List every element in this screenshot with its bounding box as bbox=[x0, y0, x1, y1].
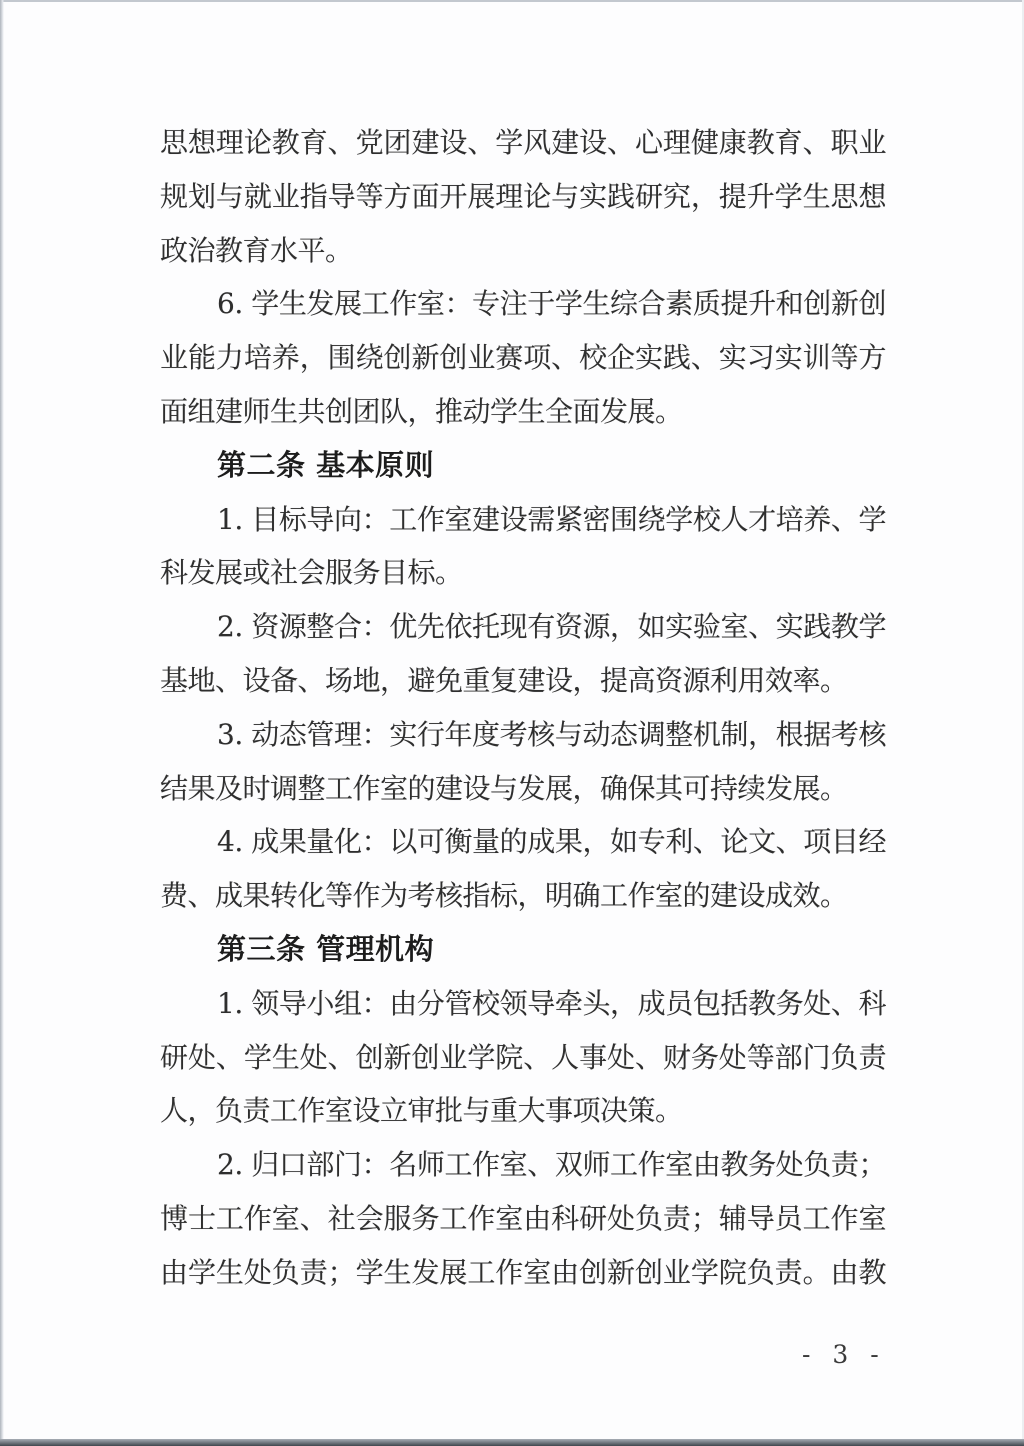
text-line-item-6-student-development: 6. 学生发展工作室：专注于学生综合素质提升和创新创 bbox=[160, 277, 886, 331]
text-line-item-3-dynamic-management: 3. 动态管理：实行年度考核与动态调整机制，根据考核 bbox=[160, 708, 886, 762]
text-line: 人，负责工作室设立审批与重大事项决策。 bbox=[160, 1084, 886, 1138]
page-number: - 3 - bbox=[802, 1340, 886, 1370]
text-line-item-1-goal-orientation: 1. 目标导向：工作室建设需紧密围绕学校人才培养、学 bbox=[160, 493, 886, 547]
document-body: 思想理论教育、党团建设、学风建设、心理健康教育、职业 规划与就业指导等方面开展理… bbox=[160, 116, 886, 1300]
text-line: 结果及时调整工作室的建设与发展，确保其可持续发展。 bbox=[160, 762, 886, 816]
text-line: 由学生处负责；学生发展工作室由创新创业学院负责。由教 bbox=[160, 1246, 886, 1300]
text-line: 业能力培养，围绕创新创业赛项、校企实践、实习实训等方 bbox=[160, 331, 886, 385]
text-line-item-1-leading-group: 1. 领导小组：由分管校领导牵头，成员包括教务处、科 bbox=[160, 977, 886, 1031]
text-line-item-2-responsible-departments: 2. 归口部门：名师工作室、双师工作室由教务处负责； bbox=[160, 1138, 886, 1192]
text-line: 基地、设备、场地，避免重复建设，提高资源利用效率。 bbox=[160, 654, 886, 708]
scanned-document-page: 思想理论教育、党团建设、学风建设、心理健康教育、职业 规划与就业指导等方面开展理… bbox=[0, 0, 1024, 1446]
scan-edge-bottom bbox=[0, 1439, 1024, 1446]
text-line: 面组建师生共创团队，推动学生全面发展。 bbox=[160, 385, 886, 439]
text-line-item-2-resource-integration: 2. 资源整合：优先依托现有资源，如实验室、实践教学 bbox=[160, 600, 886, 654]
text-line: 政治教育水平。 bbox=[160, 224, 886, 278]
text-line: 科发展或社会服务目标。 bbox=[160, 546, 886, 600]
scan-edge-left bbox=[0, 0, 4, 1446]
text-line: 规划与就业指导等方面开展理论与实践研究，提升学生思想 bbox=[160, 170, 886, 224]
text-line: 费、成果转化等作为考核指标，明确工作室的建设成效。 bbox=[160, 869, 886, 923]
scan-edge-top bbox=[0, 0, 1024, 2]
text-line: 思想理论教育、党团建设、学风建设、心理健康教育、职业 bbox=[160, 116, 886, 170]
section-heading-article-2: 第二条 基本原则 bbox=[160, 439, 886, 493]
text-line: 博士工作室、社会服务工作室由科研处负责；辅导员工作室 bbox=[160, 1192, 886, 1246]
text-line-item-4-quantified-results: 4. 成果量化：以可衡量的成果，如专利、论文、项目经 bbox=[160, 815, 886, 869]
text-line: 研处、学生处、创新创业学院、人事处、财务处等部门负责 bbox=[160, 1031, 886, 1085]
section-heading-article-3: 第三条 管理机构 bbox=[160, 923, 886, 977]
